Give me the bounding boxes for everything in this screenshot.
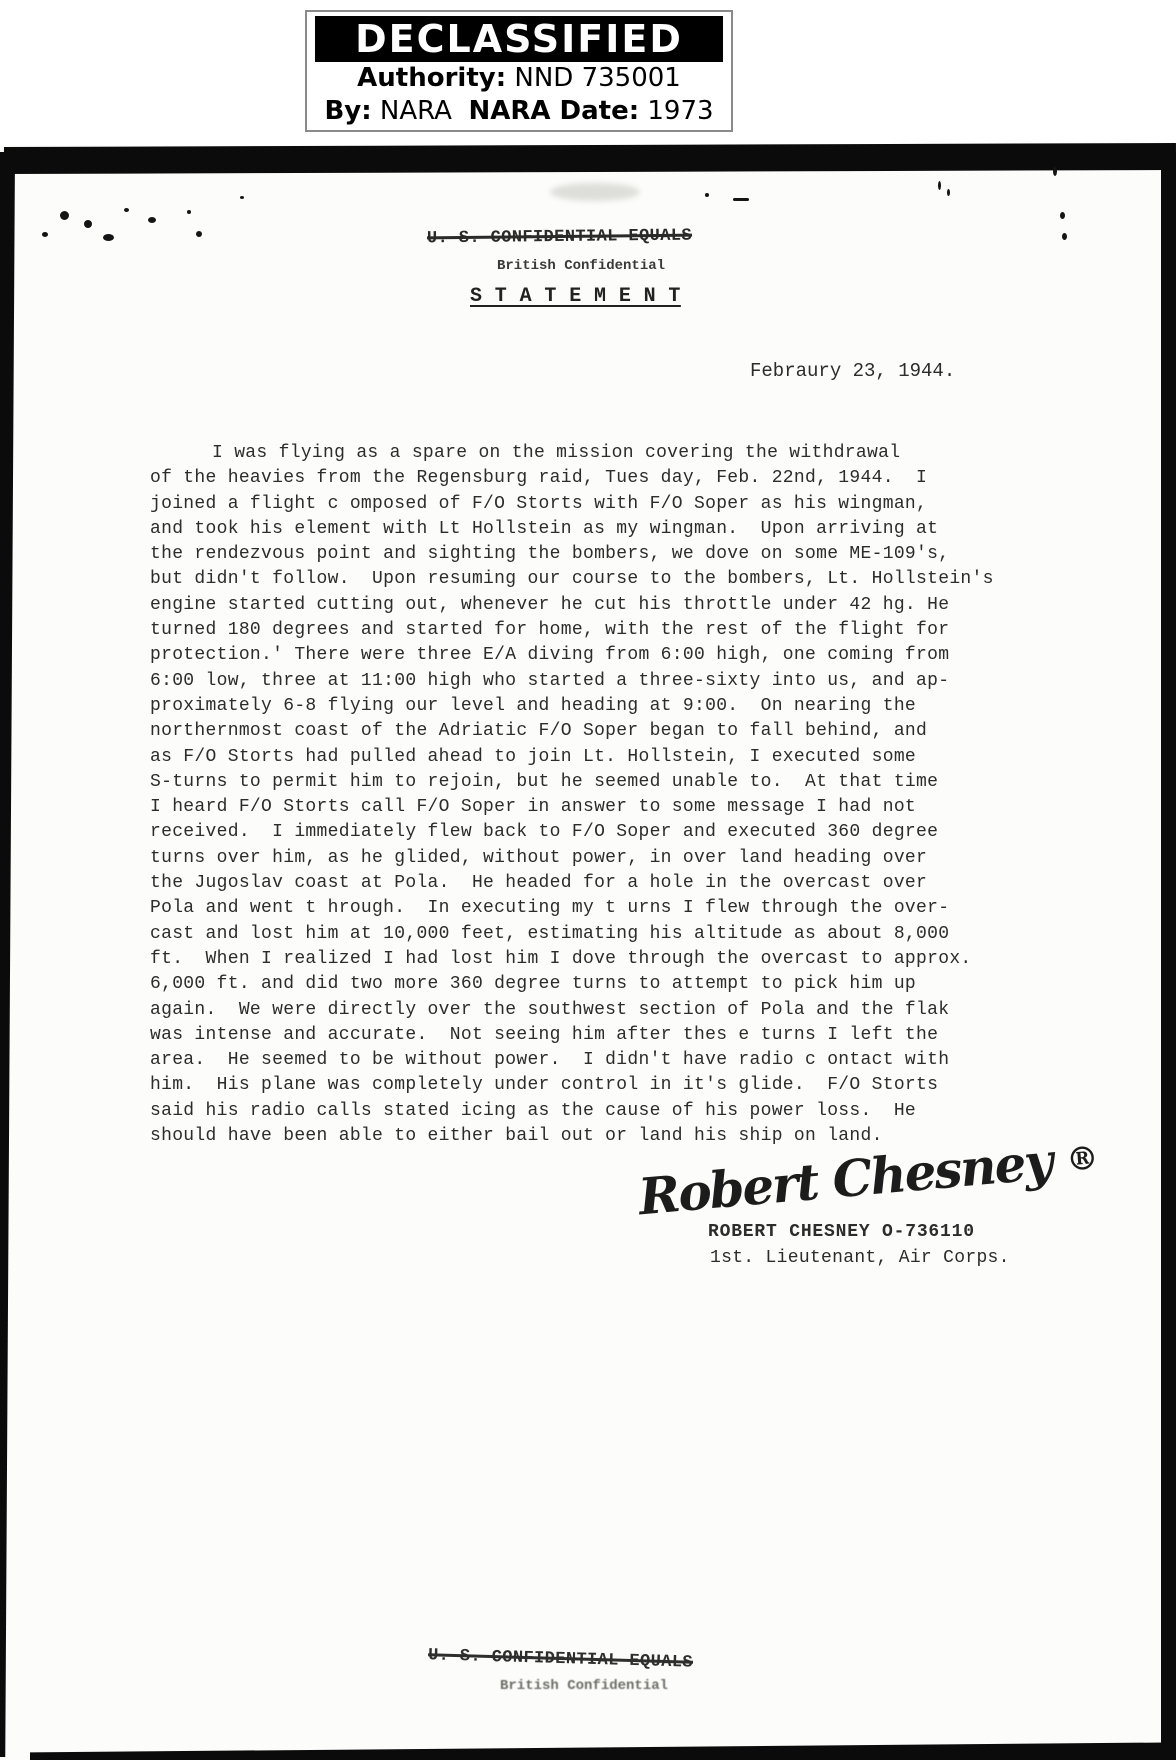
body-line: but didn't follow. Upon resuming our cou…	[150, 567, 1020, 592]
body-line: engine started cutting out, whenever he …	[150, 593, 1020, 618]
body-line: turned 180 degrees and started for home,…	[150, 618, 1020, 643]
nara-date-label: NARA Date:	[468, 96, 639, 126]
british-confidential-stamp-bottom: British Confidential	[500, 1678, 668, 1694]
body-line: area. He seemed to be without power. I d…	[150, 1048, 1020, 1073]
body-line: the rendezvous point and sighting the bo…	[150, 542, 1020, 567]
body-line: received. I immediately flew back to F/O…	[150, 820, 1020, 845]
authority-label: Authority:	[357, 63, 506, 93]
declassified-title-bar: DECLASSIFIED	[315, 16, 723, 62]
ink-speck	[60, 211, 69, 220]
ink-speck	[1060, 212, 1065, 219]
ink-speck	[938, 181, 941, 190]
body-line: 6,000 ft. and did two more 360 degree tu…	[150, 972, 1020, 997]
us-confidential-stamp-top: U. S. CONFIDENTIAL EQUALS	[427, 227, 692, 249]
ink-speck	[148, 217, 156, 223]
ink-speck	[733, 198, 749, 201]
declassified-title: DECLASSIFIED	[355, 20, 683, 58]
by-label: By:	[324, 96, 371, 126]
ink-speck	[1053, 167, 1057, 176]
body-line: of the heavies from the Regensburg raid,…	[150, 466, 1020, 491]
declassified-stamp: DECLASSIFIED Authority: NND 735001 By: N…	[305, 10, 733, 132]
ink-speck	[42, 232, 48, 237]
body-line: said his radio calls stated icing as the…	[150, 1099, 1020, 1124]
typed-signature-name: ROBERT CHESNEY O-736110	[708, 1222, 975, 1242]
scan-border-top	[4, 143, 1176, 174]
ink-speck	[705, 193, 709, 197]
registered-symbol: ®	[1065, 1138, 1100, 1179]
body-line: turns over him, as he glided, without po…	[150, 846, 1020, 871]
ink-speck	[103, 234, 114, 241]
body-line: 6:00 low, three at 11:00 high who starte…	[150, 669, 1020, 694]
scanned-document-page: DECLASSIFIED Authority: NND 735001 By: N…	[0, 0, 1176, 1760]
document-date: Febraury 23, 1944.	[750, 360, 955, 382]
ink-speck	[84, 220, 92, 228]
nara-date-value: 1973	[639, 96, 713, 126]
ink-speck	[187, 210, 191, 214]
body-line: Pola and went t hrough. In executing my …	[150, 896, 1020, 921]
body-line: as F/O Storts had pulled ahead to join L…	[150, 745, 1020, 770]
body-line: I was flying as a spare on the mission c…	[150, 441, 1020, 466]
authority-value: NND 735001	[506, 63, 681, 93]
statement-body: I was flying as a spare on the mission c…	[150, 441, 1020, 1149]
typed-signature-rank: 1st. Lieutenant, Air Corps.	[710, 1248, 1010, 1268]
body-line: joined a flight c omposed of F/O Storts …	[150, 492, 1020, 517]
statement-heading: S T A T E M E N T	[470, 285, 681, 308]
ink-speck	[240, 196, 244, 199]
body-line: I heard F/O Storts call F/O Soper in ans…	[150, 795, 1020, 820]
body-line: protection.' There were three E/A diving…	[150, 643, 1020, 668]
body-line: ft. When I realized I had lost him I dov…	[150, 947, 1020, 972]
body-line: again. We were directly over the southwe…	[150, 998, 1020, 1023]
by-line: By: NARA NARA Date: 1973	[307, 95, 731, 128]
body-line: northernmost coast of the Adriatic F/O S…	[150, 719, 1020, 744]
scan-smudge	[550, 183, 640, 201]
body-line: S-turns to permit him to rejoin, but he …	[150, 770, 1020, 795]
body-line: cast and lost him at 10,000 feet, estima…	[150, 922, 1020, 947]
body-line: and took his element with Lt Hollstein a…	[150, 517, 1020, 542]
ink-speck	[1062, 233, 1067, 240]
body-line: was intense and accurate. Not seeing him…	[150, 1023, 1020, 1048]
ink-speck	[124, 208, 129, 212]
body-line: proximately 6-8 flying our level and hea…	[150, 694, 1020, 719]
scan-border-right	[1161, 152, 1176, 1760]
body-line: him. His plane was completely under cont…	[150, 1073, 1020, 1098]
ink-speck	[947, 189, 950, 196]
body-line: the Jugoslav coast at Pola. He headed fo…	[150, 871, 1020, 896]
authority-line: Authority: NND 735001	[307, 62, 731, 95]
british-confidential-stamp-top: British Confidential	[497, 258, 665, 274]
by-value: NARA	[372, 96, 469, 126]
ink-speck	[196, 231, 202, 237]
